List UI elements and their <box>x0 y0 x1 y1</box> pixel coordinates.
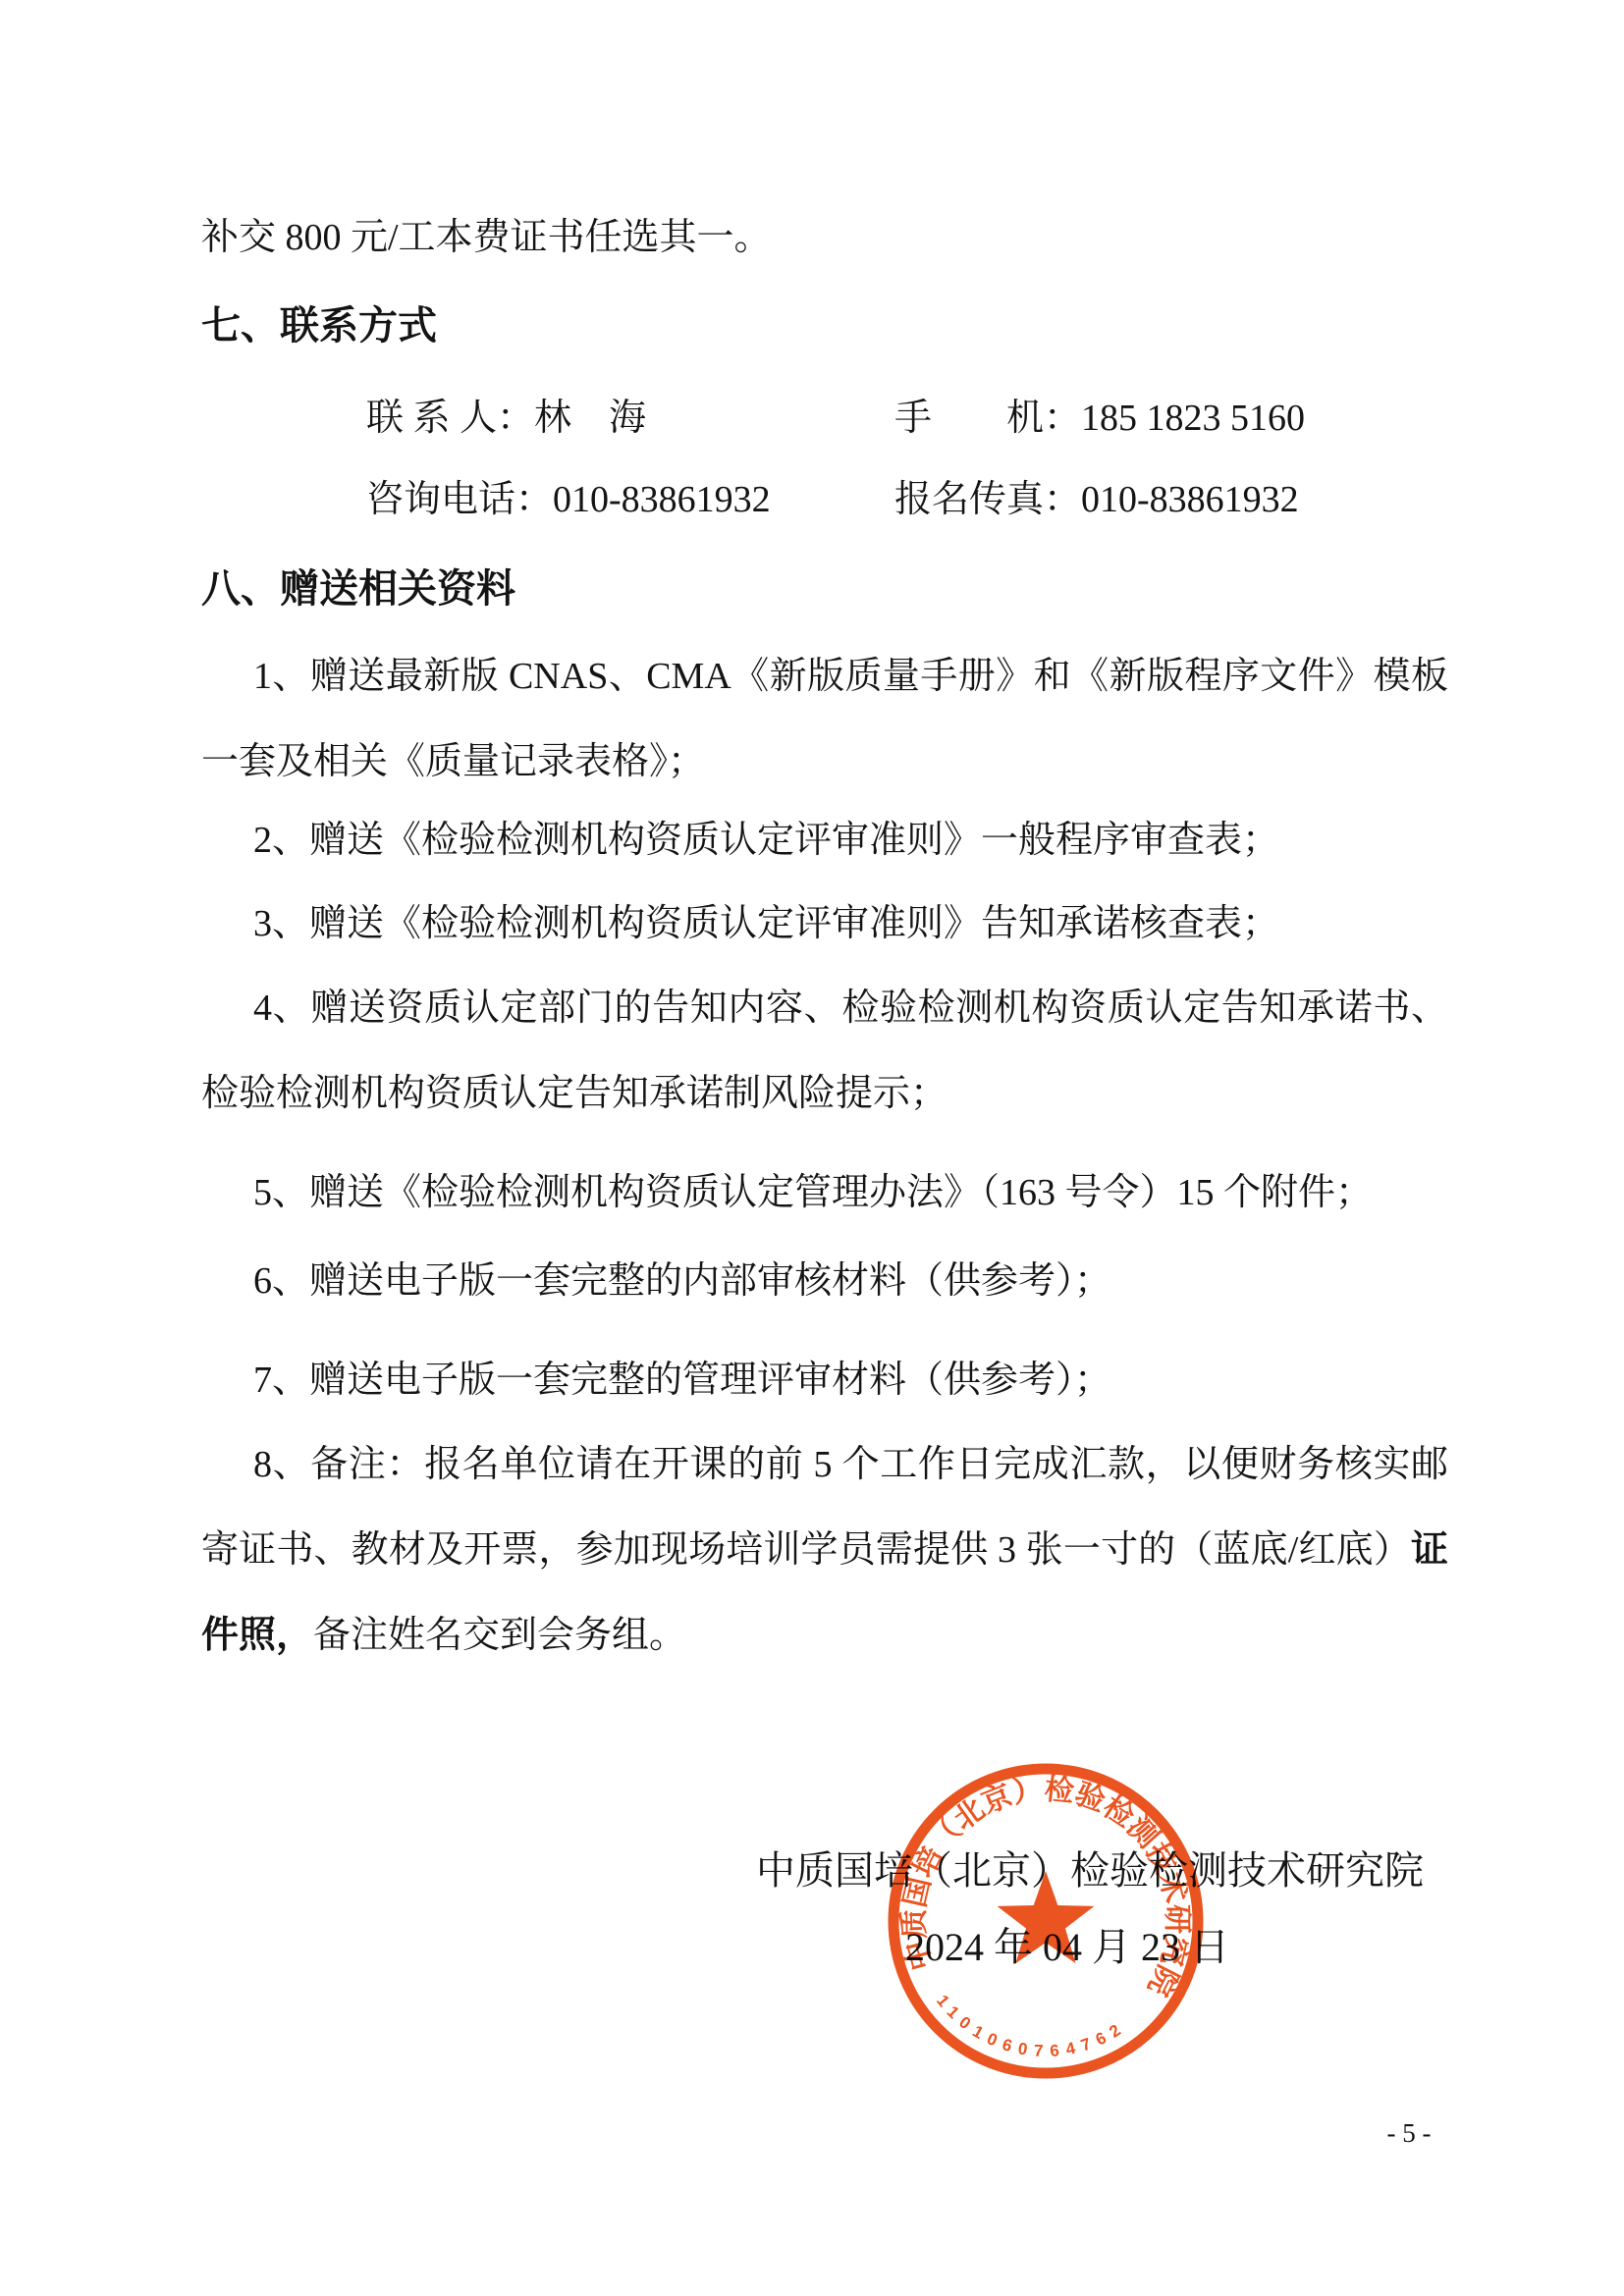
gift-item-8-text: 8、备注：报名单位请在开课的前 5 个工作日完成汇款，以便财务核实邮寄证书、教材… <box>201 1444 1448 1571</box>
gift-item-6: 6、赠送电子版一套完整的内部审核材料（供参考）； <box>201 1239 1448 1324</box>
signature-organization: 中质国培（北京）检验检测技术研究院 <box>756 1847 1424 1895</box>
gift-item-5: 5、赠送《检验检测机构资质认定管理办法》（163 号令）15 个附件； <box>201 1150 1448 1236</box>
section-8-heading: 八、赠送相关资料 <box>201 547 1448 632</box>
contact-row-2: 咨询电话：010-83861932 报名传真：010-83861932 <box>201 457 1448 543</box>
gift-item-8: 8、备注：报名单位请在开课的前 5 个工作日完成汇款，以便财务核实邮寄证书、教材… <box>201 1422 1448 1679</box>
document-page: 补交 800 元/工本费证书任选其一。 七、联系方式 联 系 人：林 海 手 机… <box>0 0 1624 2296</box>
page-number: - 5 - <box>1360 2116 1458 2150</box>
gift-item-7: 7、赠送电子版一套完整的管理评审材料（供参考）； <box>201 1338 1448 1423</box>
gift-item-3: 3、赠送《检验检测机构资质认定评审准则》告知承诺核查表； <box>201 881 1448 967</box>
section-7-heading: 七、联系方式 <box>201 284 1448 369</box>
seal-ring <box>893 1769 1198 2073</box>
contact-person: 联 系 人：林 海 <box>366 376 646 461</box>
contact-phone: 咨询电话：010-83861932 <box>366 457 771 543</box>
contact-row-1: 联 系 人：林 海 手 机：185 1823 5160 <box>201 376 1448 461</box>
signature-date: 2024 年 04 月 23 日 <box>905 1924 1229 1971</box>
gift-item-2: 2、赠送《检验检测机构资质认定评审准则》一般程序审查表； <box>201 798 1448 883</box>
gift-item-8-text-end: 备注姓名交到会务组。 <box>313 1615 686 1656</box>
seal-serial-number: 1101060764762 <box>933 1992 1130 2060</box>
gift-item-4: 4、赠送资质认定部门的告知内容、检验检测机构资质认定告知承诺书、检验检测机构资质… <box>201 966 1448 1137</box>
contact-mobile: 手 机：185 1823 5160 <box>894 376 1305 461</box>
gift-item-1: 1、赠送最新版 CNAS、CMA《新版质量手册》和《新版程序文件》模板一套及相关… <box>201 634 1448 805</box>
contact-fax: 报名传真：010-83861932 <box>894 457 1299 543</box>
official-seal-stamp: 中质国培（北京）检验检测技术研究院 1101060764762 <box>879 1754 1213 2088</box>
paragraph-fee-continuation: 补交 800 元/工本费证书任选其一。 <box>201 195 1448 281</box>
